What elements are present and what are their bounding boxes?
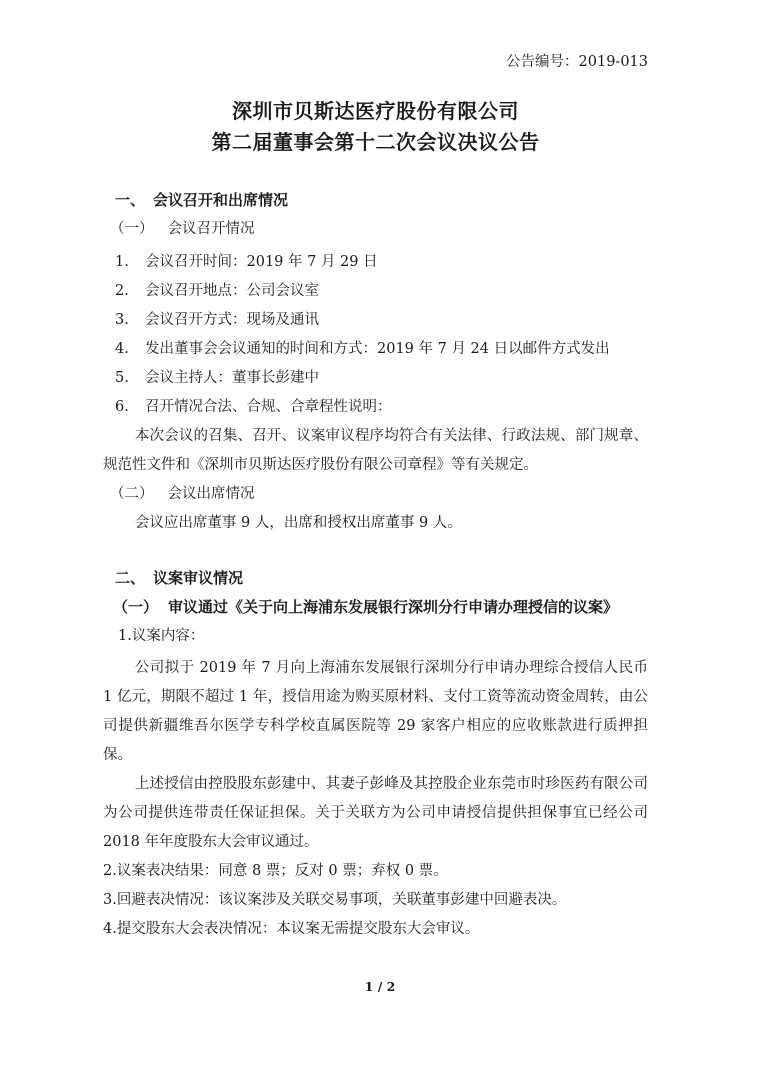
vote-result-line: 2.议案表决结果：同意 8 票；反对 0 票；弃权 0 票。 (103, 857, 648, 886)
list-item-number: 4. (115, 335, 145, 364)
shareholder-meeting-line: 4.提交股东大会表决情况：本议案无需提交股东大会审议。 (103, 915, 648, 944)
doc-title-line2: 第二届董事会第十二次会议决议公告 (103, 127, 648, 158)
section1-sub2-heading: （二）会议出席情况 (110, 480, 648, 509)
document-content: 公告编号：2019-013 深圳市贝斯达医疗股份有限公司 第二届董事会第十二次会… (0, 0, 760, 944)
abstention-line: 3.回避表决情况：该议案涉及关联交易事项，关联董事彭建中回避表决。 (103, 886, 648, 915)
list-item: 1.会议召开时间：2019 年 7 月 29 日 (115, 248, 648, 277)
legality-paragraph: 本次会议的召集、召开、议案审议程序均符合有关法律、行政法规、部门规章、规范性文件… (103, 422, 648, 480)
proposal-heading-label: （一） (113, 598, 158, 616)
proposal-paragraph-2: 上述授信由控股股东彭建中、其妻子彭峰及其控股企业东莞市时珍医药有限公司为公司提供… (103, 770, 648, 857)
section2-heading: 二、议案审议情况 (115, 564, 648, 593)
doc-title-line1: 深圳市贝斯达医疗股份有限公司 (103, 96, 648, 127)
list-item-number: 1. (115, 248, 145, 277)
section1-heading-label: 一、 (115, 191, 145, 209)
list-item-text: 会议召开地点：公司会议室 (145, 277, 648, 306)
list-item: 2.会议召开地点：公司会议室 (115, 277, 648, 306)
attendance-paragraph: 会议应出席董事 9 人，出席和授权出席董事 9 人。 (103, 509, 648, 538)
list-item: 3.会议召开方式：现场及通讯 (115, 306, 648, 335)
document-page: 公告编号：2019-013 深圳市贝斯达医疗股份有限公司 第二届董事会第十二次会… (0, 0, 760, 1075)
section1-heading: 一、会议召开和出席情况 (115, 186, 648, 215)
meeting-info-list: 1.会议召开时间：2019 年 7 月 29 日 2.会议召开地点：公司会议室 … (115, 248, 648, 422)
section1-sub2-label: （二） (110, 486, 154, 502)
list-item: 5.会议主持人：董事长彭建中 (115, 364, 648, 393)
section1-sub2-title: 会议出席情况 (168, 486, 255, 502)
list-item: 4.发出董事会会议通知的时间和方式：2019 年 7 月 24 日以邮件方式发出 (115, 335, 648, 364)
proposal-heading: （一）审议通过《关于向上海浦东发展银行深圳分行申请办理授信的议案》 (113, 593, 648, 622)
list-item-number: 2. (115, 277, 145, 306)
list-item-text: 会议召开时间：2019 年 7 月 29 日 (145, 248, 648, 277)
list-item-text: 会议召开方式：现场及通讯 (145, 306, 648, 335)
list-item-number: 6. (115, 393, 145, 422)
proposal-heading-title: 审议通过《关于向上海浦东发展银行深圳分行申请办理授信的议案》 (168, 598, 618, 616)
list-item: 6.召开情况合法、合规、合章程性说明： (115, 393, 648, 422)
list-item-number: 3. (115, 306, 145, 335)
list-item-text: 发出董事会会议通知的时间和方式：2019 年 7 月 24 日以邮件方式发出 (145, 335, 648, 364)
list-item-number: 5. (115, 364, 145, 393)
section2-heading-label: 二、 (115, 569, 145, 587)
section1-sub1-label: （一） (110, 221, 154, 237)
section1-heading-text: 会议召开和出席情况 (153, 191, 288, 209)
proposal-content-label: 1.议案内容： (118, 622, 648, 651)
page-number: 1 / 2 (0, 978, 760, 996)
doc-number: 公告编号：2019-013 (103, 52, 648, 72)
doc-title: 深圳市贝斯达医疗股份有限公司 第二届董事会第十二次会议决议公告 (103, 96, 648, 158)
proposal-paragraph-1: 公司拟于 2019 年 7 月向上海浦东发展银行深圳分行申请办理综合授信人民币 … (103, 654, 648, 770)
list-item-text: 会议主持人：董事长彭建中 (145, 364, 648, 393)
section1-sub1-title: 会议召开情况 (168, 221, 255, 237)
section2-heading-text: 议案审议情况 (153, 569, 243, 587)
list-item-text: 召开情况合法、合规、合章程性说明： (145, 393, 648, 422)
section1-sub1-heading: （一）会议召开情况 (110, 215, 648, 244)
